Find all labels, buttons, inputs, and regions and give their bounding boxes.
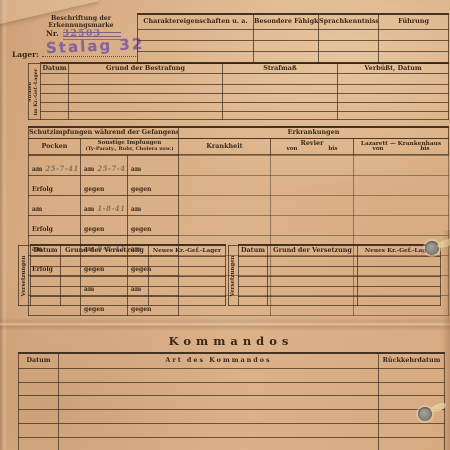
kommandos-header-date: Datum <box>19 353 59 368</box>
paper-left-edge <box>0 0 7 450</box>
revier-von: von <box>286 147 297 153</box>
vaccination-row: am am1-8-41 am <box>29 196 449 216</box>
punishments-empty-row <box>29 111 449 119</box>
traits-header-conduct: Führung <box>379 14 449 29</box>
kommandos-empty-row <box>19 409 445 423</box>
traits-header-character: Charaktereigenschaften u. a. <box>138 14 254 29</box>
transfers-left-side-label-cell: Versetzungen <box>19 245 31 305</box>
vaccinations-title: Schutzimpfungen während der Gefangenscha… <box>29 127 179 138</box>
vaccination-row: Erfolg gegen gegen <box>29 176 449 196</box>
vaccination-row: Erfolg gegen gegen <box>29 216 449 236</box>
revier-bis: bis <box>328 147 337 153</box>
transfers-empty-row <box>229 266 441 276</box>
handwritten-date: 25-7-41 <box>42 164 79 173</box>
pow-record-card: Beschriftung der Erkennungsmarke Nr.3250… <box>0 0 450 450</box>
identity-tag-label: Beschriftung der Erkennungsmarke <box>30 16 132 30</box>
kommandos-table: Datum Art des Kommandos Rückkehrdatum <box>18 352 445 450</box>
transfers-empty-row <box>19 266 226 276</box>
transfers-empty-row <box>229 286 441 296</box>
kommandos-title: Kommandos <box>18 334 444 348</box>
kommandos-header-type: Art des Kommandos <box>59 353 379 368</box>
lazarett-von: von <box>372 147 383 153</box>
punishments-header-served: Verbüßt, Datum <box>338 63 449 73</box>
transfers-empty-row <box>229 256 441 266</box>
illnesses-col-lazarett: Lazarett — Krankenhaus von bis <box>354 139 449 155</box>
transfers-header-newcamp: Neues Kr.-Gef.-Lager <box>149 245 226 256</box>
vaccination-section-title-row: Schutzimpfungen während der Gefangenscha… <box>28 126 449 139</box>
transfers-table-right: Versetzungen Datum Grund der Versetzung … <box>228 244 441 306</box>
punishments-header-measure: Strafmaß <box>223 63 338 73</box>
kommandos-empty-row <box>19 382 445 395</box>
transfers-empty-row <box>19 286 226 296</box>
punishments-table: Strafen im Kr.-Gef.-Lager Datum Grund de… <box>28 62 449 120</box>
punishments-side-label: Strafen im Kr.-Gef.-Lager <box>29 64 39 120</box>
transfers-left-side-label: Versetzungen <box>19 247 29 305</box>
transfers-empty-row <box>19 276 226 286</box>
lager-label: Lager: <box>12 50 39 59</box>
transfers-empty-row <box>19 256 226 266</box>
nr-label: Nr. <box>46 29 59 38</box>
traits-header-languages: Sprachkenntnisse <box>319 14 379 29</box>
illnesses-title: Erkrankungen <box>179 127 449 138</box>
transfers-header-date: Datum <box>239 245 268 256</box>
transfers-header-reason: Grund der Versetzung <box>268 245 358 256</box>
traits-empty-row <box>138 29 449 40</box>
punishments-side-label-cell: Strafen im Kr.-Gef.-Lager <box>29 63 41 119</box>
punishments-header-date: Datum <box>41 63 69 73</box>
punishments-empty-row <box>29 93 449 102</box>
punishments-header-reason: Grund der Bestrafung <box>69 63 223 73</box>
kommandos-header-return: Rückkehrdatum <box>379 353 445 368</box>
transfers-right-side-label-cell: Versetzungen <box>229 245 239 305</box>
kommandos-empty-row <box>19 395 445 409</box>
transfers-right-side-label: Versetzungen <box>229 247 239 305</box>
punishments-empty-row <box>29 84 449 93</box>
punishments-empty-row <box>29 73 449 84</box>
transfers-empty-row <box>229 276 441 286</box>
punishments-empty-row <box>29 102 449 111</box>
transfers-empty-row <box>19 296 226 305</box>
transfers-header-reason: Grund der Versetzung <box>61 245 149 256</box>
kommandos-empty-row <box>19 368 445 382</box>
traits-empty-row <box>138 40 449 51</box>
kommandos-empty-row <box>19 437 445 450</box>
illnesses-col-revier: Revier von bis <box>271 139 354 155</box>
traits-header-abilities: Besondere Fähigkeiten <box>254 14 319 29</box>
vaccination-section-subheader-row: Pocken Sonstige Impfungen (Ty-Paraty., R… <box>28 138 449 155</box>
vaccination-row: am25-7-41 am25-7-41 am <box>29 156 449 176</box>
lazarett-bis: bis <box>420 147 429 153</box>
paper-fold-crease <box>0 317 450 331</box>
handwritten-date: 1-8-41 <box>94 204 125 213</box>
handwritten-date: 25-7-41 <box>94 164 127 173</box>
illnesses-col-krankheit: Krankheit <box>179 139 271 155</box>
transfers-table-left: Versetzungen Datum Grund der Versetzung … <box>18 244 226 306</box>
vaccinations-col-pocken: Pocken <box>29 139 81 155</box>
transfers-empty-row <box>229 296 441 305</box>
transfers-header-date: Datum <box>31 245 61 256</box>
kommandos-empty-row <box>19 423 445 437</box>
traits-table: Charaktereigenschaften u. a. Besondere F… <box>137 13 449 64</box>
vaccinations-col-sonstige: Sonstige Impfungen (Ty-Paraty., Ruhr, Ch… <box>81 139 179 155</box>
paper-right-edge <box>442 230 450 450</box>
